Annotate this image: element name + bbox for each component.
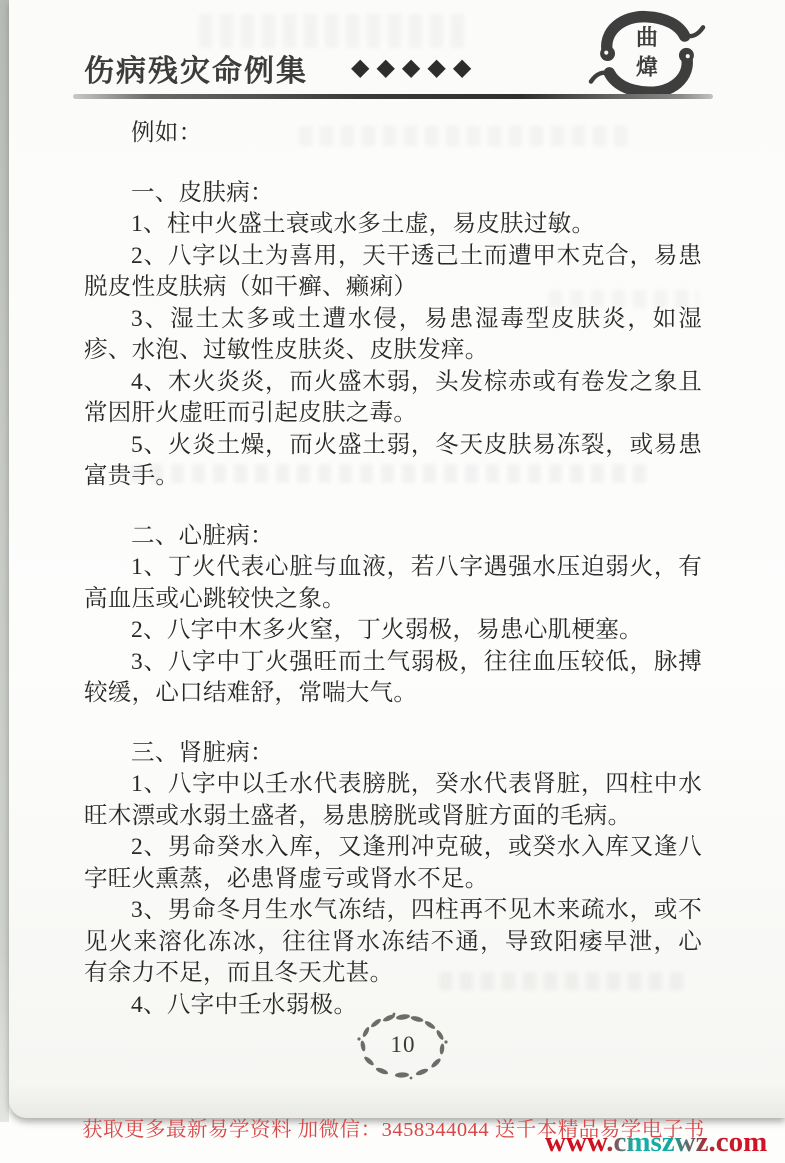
numbered-item: 2、男命癸水入库，又逢刑冲克破，或癸水入库又逢八字旺火熏蒸，必患肾虚亏或肾水不足… bbox=[84, 832, 702, 895]
disease-section: 三、肾脏病： 1、八字中以壬水代表膀胱，癸水代表肾脏，四柱中水旺木漂或水弱土盛者… bbox=[84, 738, 702, 1022]
section-heading: 二、心脏病： bbox=[84, 521, 702, 553]
numbered-item: 4、木火炎炎，而火盛木弱，头发棕赤或有卷发之象且常因肝火虚旺而引起皮肤之毒。 bbox=[84, 367, 702, 430]
logo-char-top: 曲 bbox=[636, 25, 658, 50]
numbered-item: 2、八字中木多火窒，丁火弱极，易患心肌梗塞。 bbox=[84, 615, 702, 647]
numbered-item: 1、丁火代表心脏与血液，若八字遇强水压迫弱火，有高血压或心跳较快之象。 bbox=[84, 552, 702, 615]
page-number-wreath: 10 bbox=[347, 1008, 459, 1092]
numbered-item: 1、八字中以壬水代表膀胱，癸水代表肾脏，四柱中水旺木漂或水弱土盛者，易患膀胱或肾… bbox=[84, 769, 702, 832]
logo-char-bottom: 煒 bbox=[635, 55, 658, 80]
numbered-item: 2、八字以土为喜用，天干透己土而遭甲木克合，易患脱皮性皮肤病（如干癣、癞痢） bbox=[84, 241, 702, 304]
section-heading: 三、肾脏病： bbox=[84, 738, 702, 770]
intro-paragraph: 例如： bbox=[84, 118, 702, 150]
fish-eye-left bbox=[604, 51, 608, 55]
website-watermark-link[interactable]: www.cmszwz.com bbox=[545, 1126, 767, 1159]
section-heading: 一、皮肤病： bbox=[84, 178, 702, 210]
book-title: 伤病残灾命例集 bbox=[84, 46, 308, 90]
numbered-item: 3、湿土太多或土遭水侵，易患湿毒型皮肤炎，如湿疹、水泡、过敏性皮肤炎、皮肤发痒。 bbox=[84, 304, 702, 367]
scanner-edge-strip bbox=[0, 0, 9, 1122]
page-number: 10 bbox=[347, 1032, 459, 1058]
scanned-page: 伤病残灾命例集 ◆◆◆◆◆ 曲 煒 例如： 一、皮肤病： 1、柱中火盛土衰或水多… bbox=[9, 0, 785, 1118]
header-divider-rule bbox=[73, 94, 713, 99]
numbered-item: 3、男命冬月生水气冻结，四柱再不见木来疏水，或不见火来溶化冻冰，往往肾水冻结不通… bbox=[84, 895, 702, 990]
yinyang-fish-logo-icon: 曲 煒 bbox=[581, 8, 713, 100]
numbered-item: 5、火炎土燥，而火盛土弱，冬天皮肤易冻裂，或易患富贵手。 bbox=[84, 430, 702, 493]
disease-section: 二、心脏病： 1、丁火代表心脏与血液，若八字遇强水压迫弱火，有高血压或心跳较快之… bbox=[84, 521, 702, 710]
page-bleed-artifact bbox=[199, 14, 469, 48]
disease-section: 一、皮肤病： 1、柱中火盛土衰或水多土虚，易皮肤过敏。2、八字以土为喜用，天干透… bbox=[84, 178, 702, 493]
numbered-item: 1、柱中火盛土衰或水多土虚，易皮肤过敏。 bbox=[84, 209, 702, 241]
fish-eye-right bbox=[686, 54, 690, 58]
numbered-item: 3、八字中丁火强旺而土气弱极，往往血压较低，脉搏较缓，心口结难舒，常喘大气。 bbox=[84, 647, 702, 710]
body-text: 例如： 一、皮肤病： 1、柱中火盛土衰或水多土虚，易皮肤过敏。2、八字以土为喜用… bbox=[84, 118, 702, 1021]
diamond-separator-icons: ◆◆◆◆◆ bbox=[351, 53, 478, 81]
